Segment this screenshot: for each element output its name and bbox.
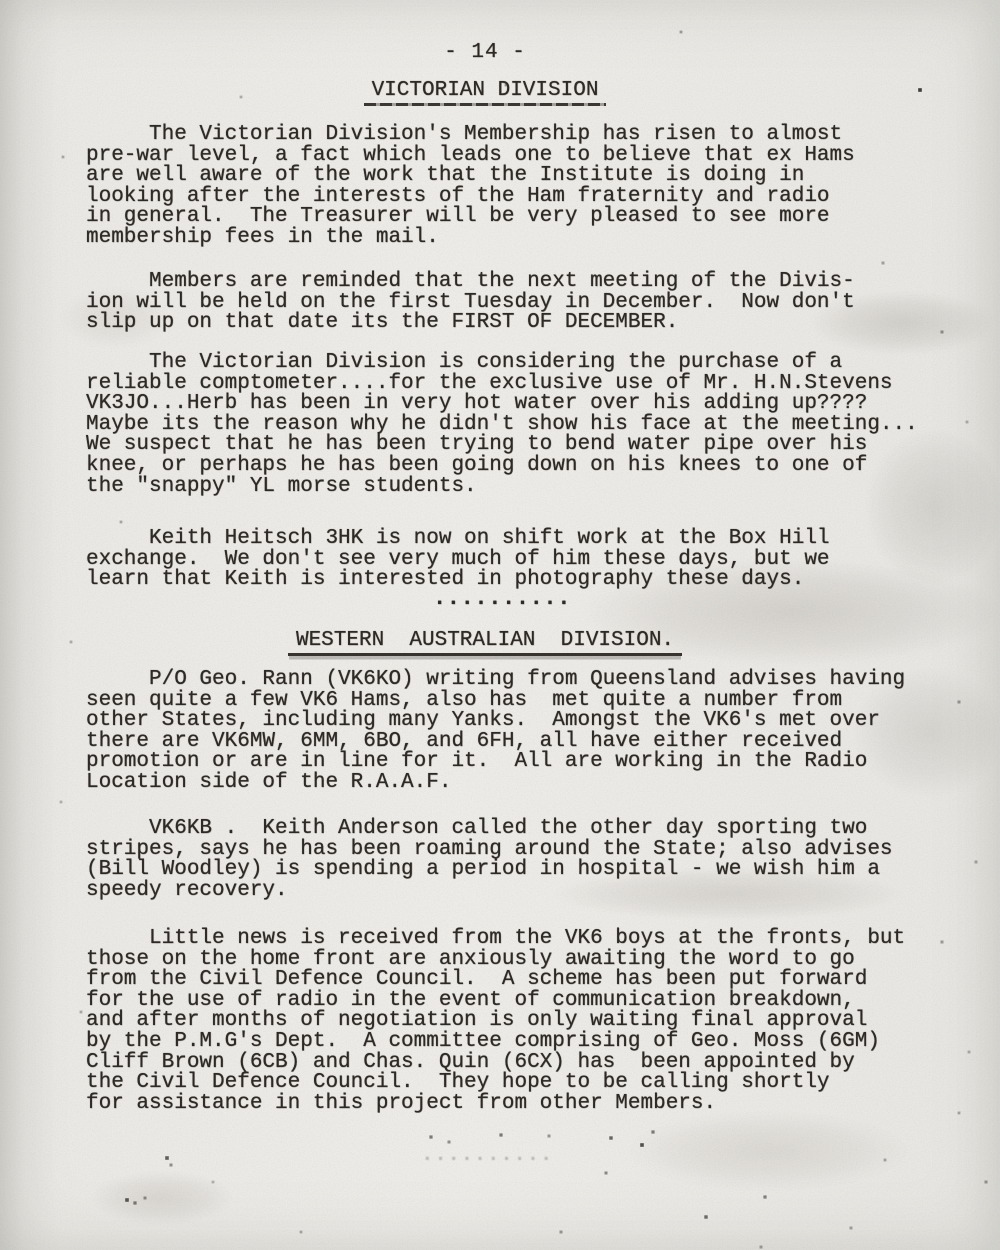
paragraph-membership-risen: The Victorian Division's Membership has … (86, 125, 855, 249)
paragraph-comptometer: The Victorian Division is considering th… (86, 353, 918, 497)
paragraph-geo-rann: P/O Geo. Rann (VK6KO) writing from Queen… (86, 670, 905, 794)
scan-speckles (0, 0, 2, 2)
bleedthrough-smudge (92, 1172, 232, 1224)
page-number: - 14 - (0, 41, 970, 64)
bleedthrough-dotted-divider: .......... (421, 1144, 553, 1167)
paragraph-next-meeting: Members are reminded that the next meeti… (86, 272, 855, 334)
section-heading: WESTERN AUSTRALIAN DIVISION. (0, 629, 970, 656)
scanned-page: - 14 - VICTORIAN DIVISION The Victorian … (0, 0, 1000, 1250)
paragraph-vk6kb: VK6KB . Keith Anderson called the other … (86, 819, 893, 901)
paragraph-keith-heitsch: Keith Heitsch 3HK is now on shift work a… (86, 529, 830, 591)
dotted-divider: .......... (433, 586, 571, 611)
heading-underline: VICTORIAN DIVISION (364, 79, 607, 106)
section-heading: VICTORIAN DIVISION (0, 79, 970, 106)
bleedthrough-smudge (628, 1112, 908, 1190)
paragraph-civil-defence: Little news is received from the VK6 boy… (86, 929, 905, 1114)
heading-underline: WESTERN AUSTRALIAN DIVISION. (288, 629, 682, 656)
